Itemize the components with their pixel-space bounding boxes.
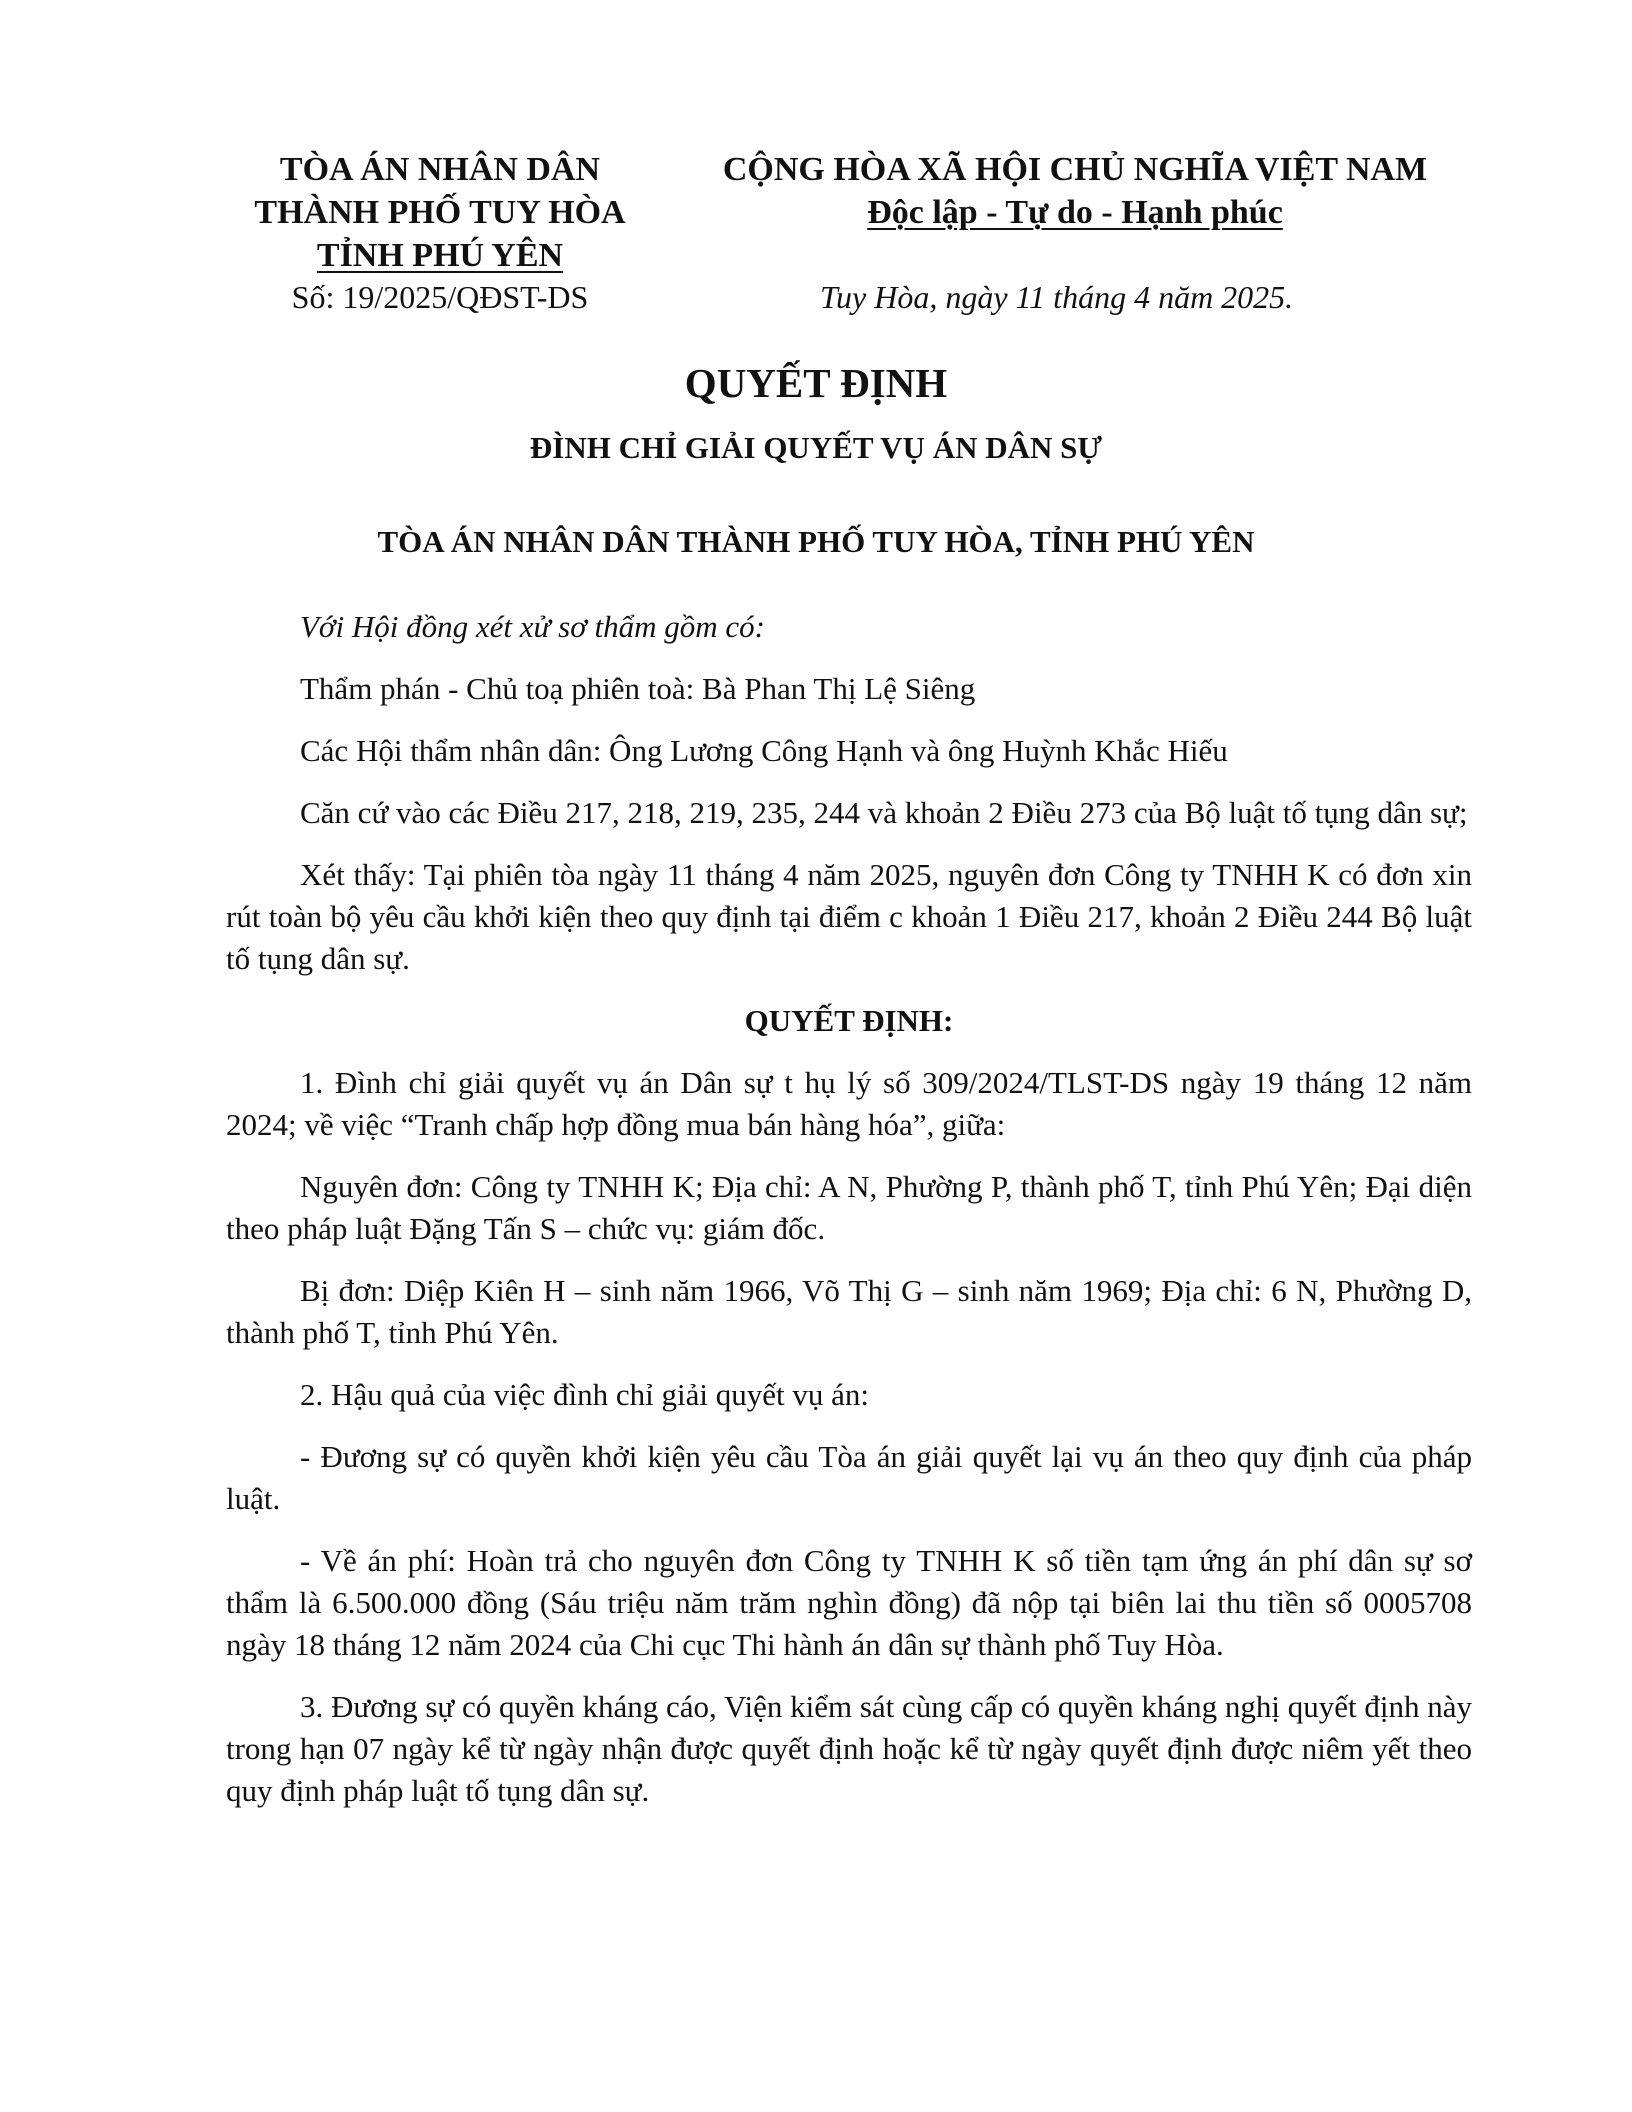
document-body: Với Hội đồng xét xử sơ thẩm gồm có: Thẩm… [226, 606, 1472, 1832]
place-and-date: Tuy Hòa, ngày 11 tháng 4 năm 2025. [820, 277, 1293, 317]
court-header-line-2: THÀNH PHỐ TUY HÒA [180, 191, 700, 234]
plaintiff-info: Nguyên đơn: Công ty TNHH K; Địa chỉ: A N… [226, 1166, 1472, 1250]
court-header-line-1: TÒA ÁN NHÂN DÂN [180, 148, 700, 191]
consideration: Xét thấy: Tại phiên tòa ngày 11 tháng 4 … [226, 854, 1472, 980]
decision-item-1: 1. Đình chỉ giải quyết vụ án Dân sự t hụ… [226, 1062, 1472, 1146]
decision-item-2-b: - Về án phí: Hoàn trả cho nguyên đơn Côn… [226, 1540, 1472, 1666]
defendant-info: Bị đơn: Diệp Kiên H – sinh năm 1966, Võ … [226, 1270, 1472, 1354]
decision-item-3: 3. Đương sự có quyền kháng cáo, Viện kiể… [226, 1686, 1472, 1812]
decision-item-2: 2. Hậu quả của việc đình chỉ giải quyết … [226, 1374, 1472, 1416]
court-header-line-3: TỈNH PHÚ YÊN [317, 237, 563, 274]
presiding-judge: Thẩm phán - Chủ toạ phiên toà: Bà Phan T… [226, 668, 1472, 710]
national-motto: Độc lập - Tự do - Hạnh phúc [867, 194, 1283, 231]
legal-basis: Căn cứ vào các Điều 217, 218, 219, 235, … [226, 792, 1472, 834]
document-title: QUYẾT ĐỊNH [0, 358, 1632, 408]
court-header: TÒA ÁN NHÂN DÂN THÀNH PHỐ TUY HÒA TỈNH P… [180, 148, 700, 277]
jurors: Các Hội thẩm nhân dân: Ông Lương Công Hạ… [226, 730, 1472, 772]
document-number: Số: 19/2025/QĐST-DS [180, 277, 700, 317]
court-name: TÒA ÁN NHÂN DÂN THÀNH PHỐ TUY HÒA, TỈNH … [0, 522, 1632, 562]
panel-intro: Với Hội đồng xét xử sơ thẩm gồm có: [226, 606, 1472, 648]
national-name: CỘNG HÒA XÃ HỘI CHỦ NGHĨA VIỆT NAM [660, 148, 1490, 191]
decision-heading: QUYẾT ĐỊNH: [226, 1000, 1472, 1042]
decision-item-2-a: - Đương sự có quyền khởi kiện yêu cầu Tò… [226, 1436, 1472, 1520]
document-subtitle: ĐÌNH CHỈ GIẢI QUYẾT VỤ ÁN DÂN SỰ [0, 428, 1632, 468]
national-header: CỘNG HÒA XÃ HỘI CHỦ NGHĨA VIỆT NAM Độc l… [660, 148, 1490, 234]
